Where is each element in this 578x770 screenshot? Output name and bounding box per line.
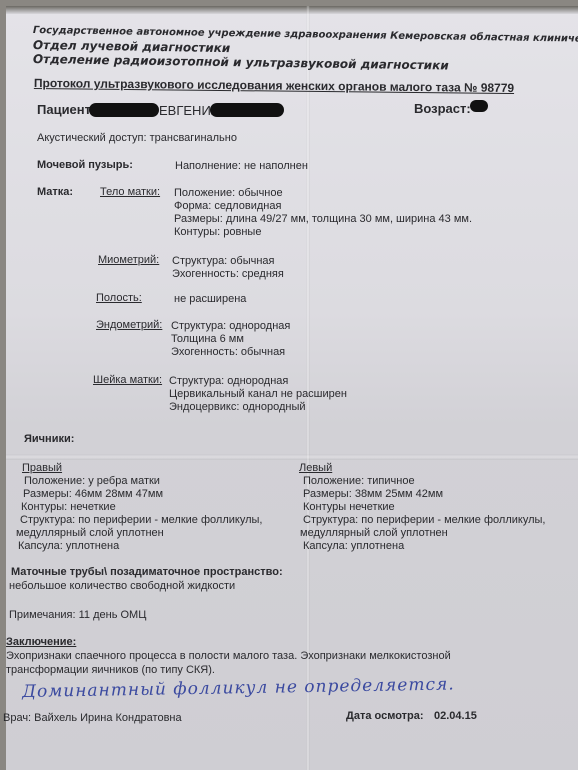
redacted-surname: [89, 103, 159, 117]
uterus-label: Матка:: [37, 186, 73, 198]
tubes-label: Маточные трубы\ позадиматочное пространс…: [11, 566, 283, 578]
left-ovary-size: Размеры: 38мм 25мм 42мм: [300, 488, 545, 501]
notes: Примечания: 11 день ОМЦ: [9, 609, 146, 621]
uterus-size: Размеры: длина 49/27 мм, толщина 30 мм, …: [174, 213, 472, 226]
ovaries-label: Яичники:: [24, 433, 74, 445]
left-ovary-capsule: Капсула: уплотнена: [300, 540, 545, 553]
endocervix: Эндоцервикс: однородный: [169, 401, 347, 414]
uterus-position: Положение: обычное: [174, 187, 472, 200]
left-ovary-structure: Структура: по периферии - мелкие фоллику…: [300, 514, 545, 527]
uterus-body-values: Положение: обычное Форма: седловидная Ра…: [174, 187, 472, 239]
cervix-label: Шейка матки:: [93, 374, 162, 386]
right-ovary-contours: Контуры: нечеткие: [16, 501, 262, 514]
exam-date-value: 02.04.15: [434, 710, 477, 722]
right-ovary-values: Положение: у ребра матки Размеры: 46мм 2…: [16, 475, 262, 553]
right-ovary-size: Размеры: 46мм 28мм 47мм: [16, 488, 262, 501]
doctor-name: Врач: Вайхель Ирина Кондратовна: [3, 712, 182, 724]
uterus-body-label: Тело матки:: [100, 186, 160, 198]
bladder-label: Мочевой пузырь:: [37, 159, 133, 171]
left-ovary-medulla: медуллярный слой уплотнен: [300, 527, 545, 540]
left-ovary-label: Левый: [299, 462, 332, 474]
endometrium-echo: Эхогенность: обычная: [171, 346, 290, 359]
myometrium-echo: Эхогенность: средняя: [172, 268, 284, 281]
right-ovary-structure: Структура: по периферии - мелкие фоллику…: [16, 514, 262, 527]
left-ovary-position: Положение: типичное: [300, 475, 545, 488]
right-ovary-label: Правый: [22, 462, 62, 474]
left-ovary-contours: Контуры нечеткие: [300, 501, 545, 514]
conclusion-line-2: трансформации яичников (по типу СКЯ).: [6, 664, 215, 676]
left-ovary-values: Положение: типичное Размеры: 38мм 25мм 4…: [300, 475, 545, 553]
tubes-value: небольшое количество свободной жидкости: [9, 580, 235, 592]
bladder-value: Наполнение: не наполнен: [175, 160, 308, 172]
uterus-shape: Форма: седловидная: [174, 200, 472, 213]
myometrium-label: Миометрий:: [98, 254, 159, 266]
right-ovary-medulla: медуллярный слой уплотнен: [16, 527, 262, 540]
cervical-canal: Цервикальный канал не расширен: [169, 388, 347, 401]
exam-date-label: Дата осмотра:: [346, 710, 424, 722]
redacted-age: [470, 100, 488, 112]
cavity-label: Полость:: [96, 292, 142, 304]
endometrium-structure: Структура: однородная: [171, 320, 290, 333]
myometrium-structure: Структура: обычная: [172, 255, 284, 268]
endometrium-label: Эндометрий:: [96, 319, 162, 331]
cervix-values: Структура: однородная Цервикальный канал…: [169, 375, 347, 414]
paper-fold: [6, 454, 578, 460]
right-ovary-capsule: Капсула: уплотнена: [16, 540, 262, 553]
patient-label: Пациент:: [37, 102, 95, 117]
cervix-structure: Структура: однородная: [169, 375, 347, 388]
right-ovary-position: Положение: у ребра матки: [16, 475, 262, 488]
acoustic-access: Акустический доступ: трансвагинально: [37, 132, 237, 144]
endometrium-values: Структура: однородная Толщина 6 мм Эхоге…: [171, 320, 290, 359]
redacted-patronymic: [210, 103, 284, 117]
cavity-values: не расширена: [174, 293, 246, 306]
conclusion-label: Заключение:: [6, 636, 76, 648]
myometrium-values: Структура: обычная Эхогенность: средняя: [172, 255, 284, 281]
uterus-contours: Контуры: ровные: [174, 226, 472, 239]
endometrium-thickness: Толщина 6 мм: [171, 333, 290, 346]
cavity-state: не расширена: [174, 293, 246, 306]
conclusion-line-1: Эхопризнаки спаечного процесса в полости…: [6, 650, 451, 662]
age-label: Возраст:: [414, 101, 471, 116]
